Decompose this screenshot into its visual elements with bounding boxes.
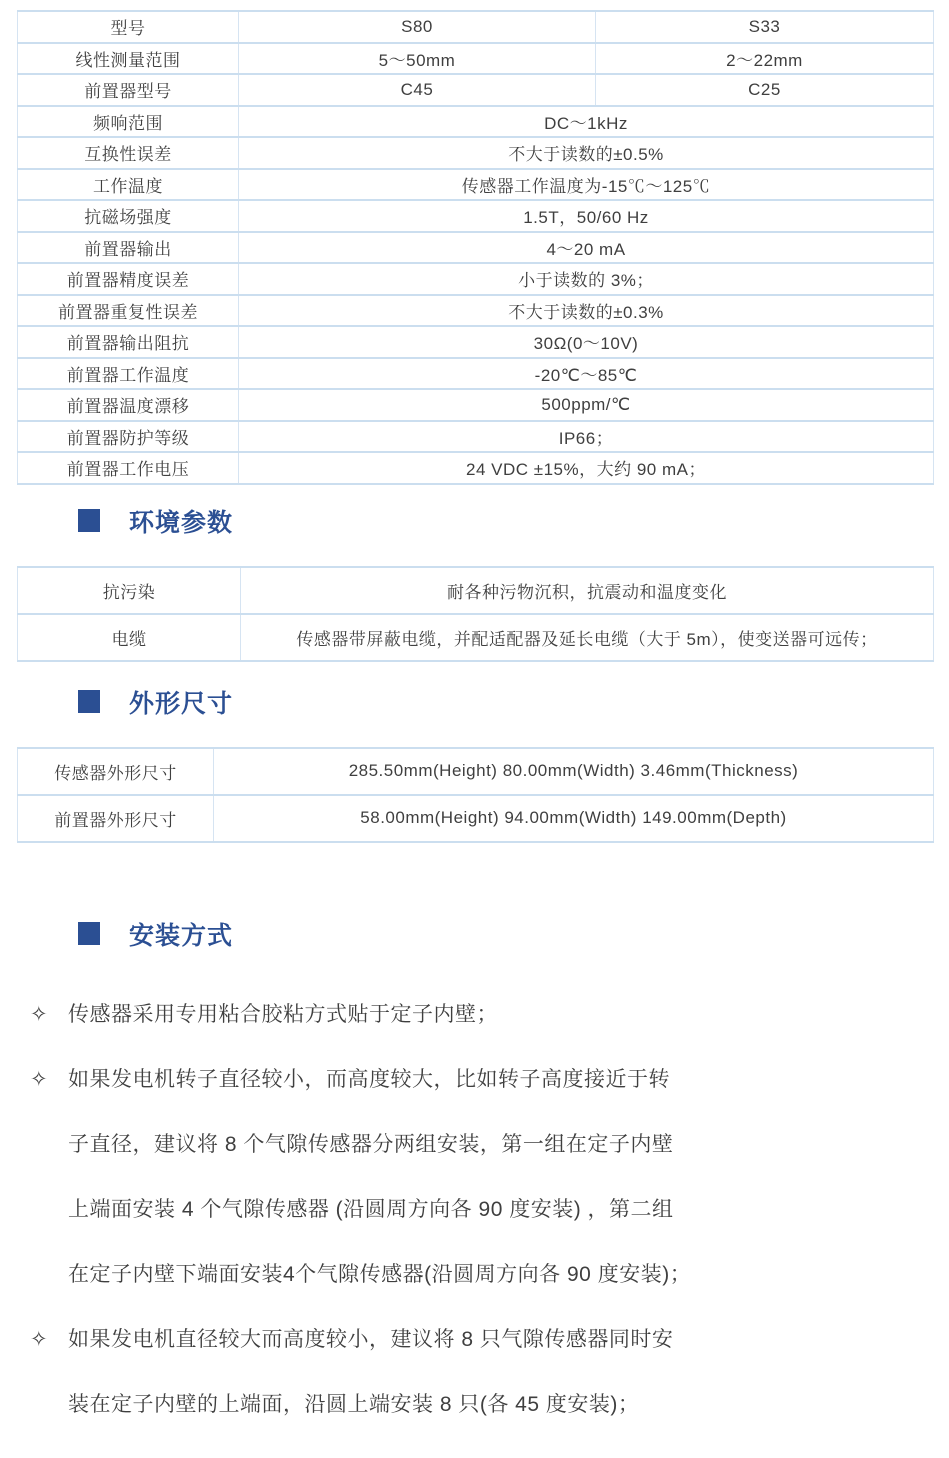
- spec-row: 前置器输出 4～20 mA: [18, 232, 934, 264]
- installation-list: ✧ 传感器采用专用粘合胶粘方式贴于定子内壁； ✧ 如果发电机转子直径较小，而高度…: [30, 982, 949, 1437]
- spec-value: 传感器工作温度为-15℃～125℃: [239, 169, 934, 201]
- spec-row: 抗磁场强度 1.5T，50/60 Hz: [18, 200, 934, 232]
- spec-row: 线性测量范围 5～50mm 2～22mm: [18, 43, 934, 75]
- spec-row: 前置器工作电压 24 VDC ±15%，大约 90 mA；: [18, 452, 934, 484]
- spec-value: 小于读数的 3%；: [239, 263, 934, 295]
- spec-row: 前置器温度漂移 500ppm/℃: [18, 389, 934, 421]
- dim-label: 前置器外形尺寸: [18, 795, 214, 842]
- spec-label: 前置器温度漂移: [18, 389, 239, 421]
- spec-label: 前置器型号: [18, 74, 239, 106]
- list-item: ✧ 如果发电机直径较大而高度较小，建议将 8 只气隙传感器同时安 装在定子内壁的…: [30, 1307, 949, 1437]
- install-line: 上端面安装 4 个气隙传感器 (沿圆周方向各 90 度安装) ，第二组: [68, 1177, 949, 1242]
- spec-label: 频响范围: [18, 106, 239, 138]
- spec-row: 前置器防护等级 IP66；: [18, 421, 934, 453]
- spec-label: 前置器工作温度: [18, 358, 239, 390]
- spec-label: 前置器防护等级: [18, 421, 239, 453]
- spec-value: 不大于读数的±0.3%: [239, 295, 934, 327]
- install-line: 子直径，建议将 8 个气隙传感器分两组安装，第一组在定子内壁: [68, 1112, 949, 1177]
- spec-value: 24 VDC ±15%，大约 90 mA；: [239, 452, 934, 484]
- spec-value: C45: [239, 74, 596, 106]
- install-line: 如果发电机直径较大而高度较小，建议将 8 只气隙传感器同时安: [68, 1307, 949, 1372]
- install-line: 在定子内壁下端面安装4个气隙传感器(沿圆周方向各 90 度安装)；: [68, 1242, 949, 1307]
- env-value: 耐各种污物沉积，抗震动和温度变化: [241, 567, 934, 614]
- spec-label: 前置器重复性误差: [18, 295, 239, 327]
- list-item: ✧ 传感器采用专用粘合胶粘方式贴于定子内壁；: [30, 982, 949, 1047]
- environment-table: 抗污染 耐各种污物沉积，抗震动和温度变化 电缆 传感器带屏蔽电缆，并配适配器及延…: [17, 566, 934, 662]
- spec-table: 型号 S80 S33 线性测量范围 5～50mm 2～22mm 前置器型号 C4…: [17, 10, 934, 485]
- spec-value: 5～50mm: [239, 43, 596, 75]
- env-label: 电缆: [18, 614, 241, 661]
- spec-label: 前置器精度误差: [18, 263, 239, 295]
- four-pointed-star-icon: ✧: [30, 1307, 68, 1437]
- spec-value: S80: [239, 11, 596, 43]
- spec-label: 前置器工作电压: [18, 452, 239, 484]
- spec-label: 工作温度: [18, 169, 239, 201]
- dim-value: 58.00mm(Height) 94.00mm(Width) 149.00mm(…: [214, 795, 934, 842]
- table-row: 电缆 传感器带屏蔽电缆，并配适配器及延长电缆（大于 5m），使变送器可远传；: [18, 614, 934, 661]
- four-pointed-star-icon: ✧: [30, 1047, 68, 1307]
- spec-value: 1.5T，50/60 Hz: [239, 200, 934, 232]
- spec-label: 互换性误差: [18, 137, 239, 169]
- spec-value: DC～1kHz: [239, 106, 934, 138]
- spec-row: 前置器型号 C45 C25: [18, 74, 934, 106]
- section-header-installation: 安装方式: [78, 919, 949, 949]
- spec-value: 不大于读数的±0.5%: [239, 137, 934, 169]
- install-item-text: 如果发电机直径较大而高度较小，建议将 8 只气隙传感器同时安 装在定子内壁的上端…: [68, 1307, 949, 1437]
- spec-label: 前置器输出: [18, 232, 239, 264]
- table-row: 前置器外形尺寸 58.00mm(Height) 94.00mm(Width) 1…: [18, 795, 934, 842]
- install-line: 如果发电机转子直径较小，而高度较大，比如转子高度接近于转: [68, 1047, 949, 1112]
- section-header-dimensions: 外形尺寸: [78, 687, 949, 717]
- dimensions-table: 传感器外形尺寸 285.50mm(Height) 80.00mm(Width) …: [17, 747, 934, 843]
- spec-row: 前置器工作温度 -20℃～85℃: [18, 358, 934, 390]
- spec-row: 工作温度 传感器工作温度为-15℃～125℃: [18, 169, 934, 201]
- section-marker-square-icon: [78, 509, 100, 532]
- install-item-text: 如果发电机转子直径较小，而高度较大，比如转子高度接近于转 子直径，建议将 8 个…: [68, 1047, 949, 1307]
- spec-label: 前置器输出阻抗: [18, 326, 239, 358]
- section-title: 环境参数: [129, 503, 233, 539]
- four-pointed-star-icon: ✧: [30, 982, 68, 1047]
- spec-value: C25: [596, 74, 934, 106]
- spec-value: 4～20 mA: [239, 232, 934, 264]
- table-row: 抗污染 耐各种污物沉积，抗震动和温度变化: [18, 567, 934, 614]
- section-title: 外形尺寸: [129, 684, 233, 720]
- env-value: 传感器带屏蔽电缆，并配适配器及延长电缆（大于 5m），使变送器可远传；: [241, 614, 934, 661]
- spec-value: 500ppm/℃: [239, 389, 934, 421]
- spec-row: 前置器输出阻抗 30Ω(0～10V): [18, 326, 934, 358]
- spec-label: 抗磁场强度: [18, 200, 239, 232]
- install-item-text: 传感器采用专用粘合胶粘方式贴于定子内壁；: [68, 982, 949, 1047]
- spec-label: 线性测量范围: [18, 43, 239, 75]
- spec-row: 型号 S80 S33: [18, 11, 934, 43]
- install-line: 装在定子内壁的上端面，沿圆上端安装 8 只(各 45 度安装)；: [68, 1372, 949, 1437]
- dim-label: 传感器外形尺寸: [18, 748, 214, 795]
- spec-value: S33: [596, 11, 934, 43]
- install-line: 传感器采用专用粘合胶粘方式贴于定子内壁；: [68, 982, 949, 1047]
- table-row: 传感器外形尺寸 285.50mm(Height) 80.00mm(Width) …: [18, 748, 934, 795]
- spec-value: IP66；: [239, 421, 934, 453]
- spec-value: 30Ω(0～10V): [239, 326, 934, 358]
- spec-value: -20℃～85℃: [239, 358, 934, 390]
- section-title: 安装方式: [129, 916, 233, 952]
- spec-document-page: 型号 S80 S33 线性测量范围 5～50mm 2～22mm 前置器型号 C4…: [0, 0, 949, 1437]
- section-marker-square-icon: [78, 690, 100, 713]
- spec-row: 前置器精度误差 小于读数的 3%；: [18, 263, 934, 295]
- spec-row: 互换性误差 不大于读数的±0.5%: [18, 137, 934, 169]
- spec-value: 2～22mm: [596, 43, 934, 75]
- list-item: ✧ 如果发电机转子直径较小，而高度较大，比如转子高度接近于转 子直径，建议将 8…: [30, 1047, 949, 1307]
- section-header-environment: 环境参数: [78, 506, 949, 536]
- spec-label: 型号: [18, 11, 239, 43]
- section-marker-square-icon: [78, 922, 100, 945]
- spec-row: 前置器重复性误差 不大于读数的±0.3%: [18, 295, 934, 327]
- dim-value: 285.50mm(Height) 80.00mm(Width) 3.46mm(T…: [214, 748, 934, 795]
- spec-row: 频响范围 DC～1kHz: [18, 106, 934, 138]
- env-label: 抗污染: [18, 567, 241, 614]
